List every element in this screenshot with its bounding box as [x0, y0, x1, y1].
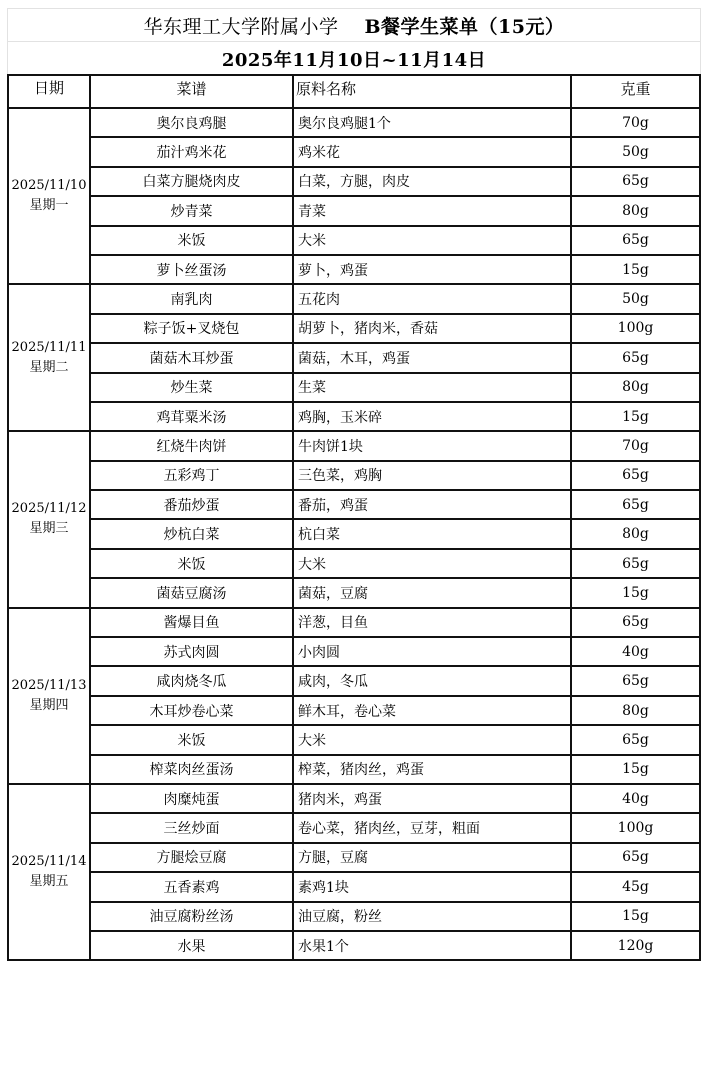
table-row: 2025/11/14星期五肉糜炖蛋猪肉米，鸡蛋40g: [8, 784, 700, 813]
date-text: 2025/11/11: [9, 338, 89, 358]
date-range: 2025年11月10日~11月14日: [8, 42, 700, 75]
weight-cell: 80g: [571, 519, 700, 548]
table-row: 2025/11/10星期一奥尔良鸡腿奥尔良鸡腿1个70g: [8, 108, 700, 137]
table-row: 炒生菜生菜80g: [8, 373, 700, 402]
weekday-text: 星期二: [9, 358, 89, 378]
school-name: 华东理工大学附属小学: [143, 12, 338, 39]
ingredients-cell: 油豆腐，粉丝: [293, 902, 571, 931]
weight-cell: 65g: [571, 343, 700, 372]
weight-cell: 65g: [571, 167, 700, 196]
table-row: 炒杭白菜杭白菜80g: [8, 519, 700, 548]
date-text: 2025/11/14: [9, 852, 89, 872]
weight-cell: 65g: [571, 226, 700, 255]
table-row: 五香素鸡素鸡1块45g: [8, 872, 700, 901]
dish-cell: 酱爆目鱼: [90, 608, 293, 637]
table-row: 苏式肉圆小肉圆40g: [8, 637, 700, 666]
table-row: 粽子饭+叉烧包胡萝卜，猪肉米，香菇100g: [8, 314, 700, 343]
weekday-text: 星期三: [9, 519, 89, 539]
ingredients-cell: 三色菜，鸡胸: [293, 461, 571, 490]
dish-cell: 米饭: [90, 549, 293, 578]
table-row: 2025/11/13星期四酱爆目鱼洋葱，目鱼65g: [8, 608, 700, 637]
weight-cell: 65g: [571, 843, 700, 872]
dish-cell: 茄汁鸡米花: [90, 137, 293, 166]
ingredients-cell: 五花肉: [293, 284, 571, 313]
table-header-row: 日期 菜谱 原料名称 克重: [8, 75, 700, 108]
weight-cell: 65g: [571, 490, 700, 519]
weight-cell: 40g: [571, 637, 700, 666]
dish-cell: 菌菇豆腐汤: [90, 578, 293, 607]
dish-cell: 五香素鸡: [90, 872, 293, 901]
table-row: 米饭大米65g: [8, 549, 700, 578]
ingredients-cell: 大米: [293, 226, 571, 255]
dish-cell: 咸肉烧冬瓜: [90, 666, 293, 695]
dish-cell: 白菜方腿烧肉皮: [90, 167, 293, 196]
ingredients-cell: 胡萝卜，猪肉米，香菇: [293, 314, 571, 343]
dish-cell: 炒生菜: [90, 373, 293, 402]
table-row: 方腿烩豆腐方腿，豆腐65g: [8, 843, 700, 872]
weight-cell: 80g: [571, 196, 700, 225]
date-text: 2025/11/12: [9, 499, 89, 519]
table-row: 番茄炒蛋番茄，鸡蛋65g: [8, 490, 700, 519]
date-cell: 2025/11/10星期一: [8, 108, 90, 284]
ingredients-cell: 生菜: [293, 373, 571, 402]
table-row: 茄汁鸡米花鸡米花50g: [8, 137, 700, 166]
dish-cell: 奥尔良鸡腿: [90, 108, 293, 137]
weight-cell: 40g: [571, 784, 700, 813]
weight-cell: 70g: [571, 431, 700, 460]
ingredients-cell: 方腿，豆腐: [293, 843, 571, 872]
table-row: 2025/11/12星期三红烧牛肉饼牛肉饼1块70g: [8, 431, 700, 460]
weight-cell: 15g: [571, 255, 700, 284]
column-header-date: 日期: [8, 75, 90, 108]
table-row: 米饭大米65g: [8, 226, 700, 255]
dish-cell: 南乳肉: [90, 284, 293, 313]
table-row: 2025/11/11星期二南乳肉五花肉50g: [8, 284, 700, 313]
menu-name: B餐学生菜单（15元）: [365, 12, 565, 39]
table-row: 白菜方腿烧肉皮白菜，方腿，肉皮65g: [8, 167, 700, 196]
date-text: 2025/11/13: [9, 676, 89, 696]
weight-cell: 15g: [571, 578, 700, 607]
ingredients-cell: 菌菇，豆腐: [293, 578, 571, 607]
ingredients-cell: 鸡胸，玉米碎: [293, 402, 571, 431]
table-row: 三丝炒面卷心菜，猪肉丝，豆芽，粗面100g: [8, 813, 700, 842]
ingredients-cell: 卷心菜，猪肉丝，豆芽，粗面: [293, 813, 571, 842]
weekday-text: 星期一: [9, 196, 89, 216]
ingredients-cell: 水果1个: [293, 931, 571, 960]
column-header-ingredients: 原料名称: [293, 75, 571, 108]
dish-cell: 萝卜丝蛋汤: [90, 255, 293, 284]
dish-cell: 米饭: [90, 226, 293, 255]
table-row: 炒青菜青菜80g: [8, 196, 700, 225]
dish-cell: 五彩鸡丁: [90, 461, 293, 490]
ingredients-cell: 青菜: [293, 196, 571, 225]
ingredients-cell: 杭白菜: [293, 519, 571, 548]
table-row: 萝卜丝蛋汤萝卜，鸡蛋15g: [8, 255, 700, 284]
dish-cell: 油豆腐粉丝汤: [90, 902, 293, 931]
weight-cell: 65g: [571, 549, 700, 578]
dish-cell: 木耳炒卷心菜: [90, 696, 293, 725]
table-row: 油豆腐粉丝汤油豆腐，粉丝15g: [8, 902, 700, 931]
weight-cell: 45g: [571, 872, 700, 901]
weight-cell: 15g: [571, 902, 700, 931]
dish-cell: 红烧牛肉饼: [90, 431, 293, 460]
ingredients-cell: 小肉圆: [293, 637, 571, 666]
table-row: 榨菜肉丝蛋汤榨菜，猪肉丝，鸡蛋15g: [8, 755, 700, 784]
weight-cell: 15g: [571, 402, 700, 431]
table-row: 菌菇豆腐汤菌菇，豆腐15g: [8, 578, 700, 607]
table-row: 菌菇木耳炒蛋菌菇，木耳，鸡蛋65g: [8, 343, 700, 372]
weight-cell: 50g: [571, 284, 700, 313]
date-cell: 2025/11/12星期三: [8, 431, 90, 607]
menu-title-box: 华东理工大学附属小学 B餐学生菜单（15元） 2025年11月10日~11月14…: [7, 8, 701, 74]
weight-cell: 80g: [571, 373, 700, 402]
table-row: 水果水果1个120g: [8, 931, 700, 960]
dish-cell: 菌菇木耳炒蛋: [90, 343, 293, 372]
dish-cell: 炒杭白菜: [90, 519, 293, 548]
dish-cell: 鸡茸粟米汤: [90, 402, 293, 431]
dish-cell: 肉糜炖蛋: [90, 784, 293, 813]
weekday-text: 星期四: [9, 696, 89, 716]
ingredients-cell: 大米: [293, 549, 571, 578]
ingredients-cell: 榨菜，猪肉丝，鸡蛋: [293, 755, 571, 784]
ingredients-cell: 素鸡1块: [293, 872, 571, 901]
table-row: 米饭大米65g: [8, 725, 700, 754]
weight-cell: 15g: [571, 755, 700, 784]
weight-cell: 100g: [571, 813, 700, 842]
ingredients-cell: 菌菇，木耳，鸡蛋: [293, 343, 571, 372]
ingredients-cell: 咸肉，冬瓜: [293, 666, 571, 695]
dish-cell: 番茄炒蛋: [90, 490, 293, 519]
column-header-dish: 菜谱: [90, 75, 293, 108]
dish-cell: 榨菜肉丝蛋汤: [90, 755, 293, 784]
weight-cell: 65g: [571, 608, 700, 637]
ingredients-cell: 鸡米花: [293, 137, 571, 166]
weight-cell: 70g: [571, 108, 700, 137]
menu-table-body: 2025/11/10星期一奥尔良鸡腿奥尔良鸡腿1个70g茄汁鸡米花鸡米花50g白…: [8, 108, 700, 960]
menu-title: 华东理工大学附属小学 B餐学生菜单（15元）: [8, 9, 700, 42]
ingredients-cell: 猪肉米，鸡蛋: [293, 784, 571, 813]
date-cell: 2025/11/14星期五: [8, 784, 90, 960]
weight-cell: 50g: [571, 137, 700, 166]
date-cell: 2025/11/13星期四: [8, 608, 90, 784]
dish-cell: 粽子饭+叉烧包: [90, 314, 293, 343]
dish-cell: 苏式肉圆: [90, 637, 293, 666]
weight-cell: 65g: [571, 461, 700, 490]
column-header-weight: 克重: [571, 75, 700, 108]
table-row: 鸡茸粟米汤鸡胸，玉米碎15g: [8, 402, 700, 431]
dish-cell: 方腿烩豆腐: [90, 843, 293, 872]
ingredients-cell: 牛肉饼1块: [293, 431, 571, 460]
ingredients-cell: 番茄，鸡蛋: [293, 490, 571, 519]
ingredients-cell: 白菜，方腿，肉皮: [293, 167, 571, 196]
table-row: 木耳炒卷心菜鲜木耳，卷心菜80g: [8, 696, 700, 725]
weight-cell: 100g: [571, 314, 700, 343]
date-text: 2025/11/10: [9, 176, 89, 196]
ingredients-cell: 萝卜，鸡蛋: [293, 255, 571, 284]
dish-cell: 水果: [90, 931, 293, 960]
weight-cell: 65g: [571, 725, 700, 754]
date-cell: 2025/11/11星期二: [8, 284, 90, 431]
menu-table: 日期 菜谱 原料名称 克重 2025/11/10星期一奥尔良鸡腿奥尔良鸡腿1个7…: [7, 74, 701, 961]
weekday-text: 星期五: [9, 872, 89, 892]
ingredients-cell: 洋葱，目鱼: [293, 608, 571, 637]
weight-cell: 120g: [571, 931, 700, 960]
table-row: 咸肉烧冬瓜咸肉，冬瓜65g: [8, 666, 700, 695]
weight-cell: 65g: [571, 666, 700, 695]
weight-cell: 80g: [571, 696, 700, 725]
dish-cell: 米饭: [90, 725, 293, 754]
ingredients-cell: 鲜木耳，卷心菜: [293, 696, 571, 725]
dish-cell: 炒青菜: [90, 196, 293, 225]
ingredients-cell: 大米: [293, 725, 571, 754]
dish-cell: 三丝炒面: [90, 813, 293, 842]
ingredients-cell: 奥尔良鸡腿1个: [293, 108, 571, 137]
table-row: 五彩鸡丁三色菜，鸡胸65g: [8, 461, 700, 490]
